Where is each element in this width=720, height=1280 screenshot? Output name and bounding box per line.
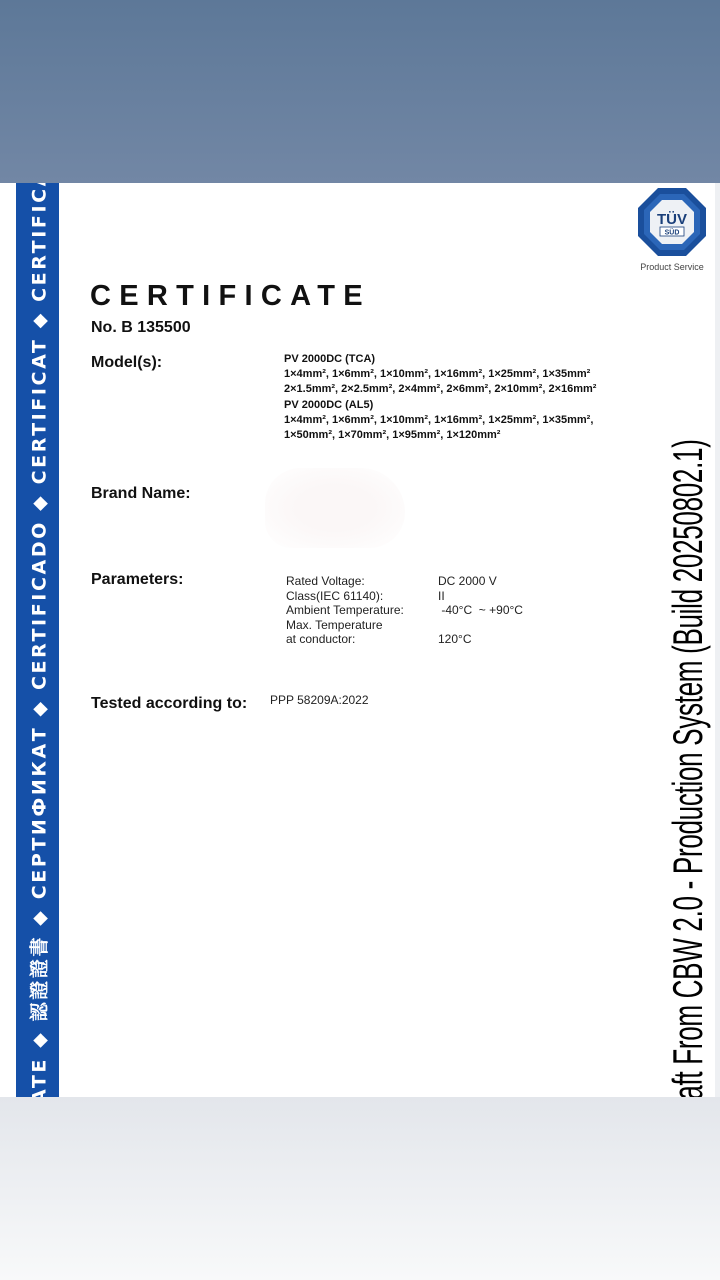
bottom-background-band (0, 1097, 720, 1280)
logo-brand-top: TÜV (657, 211, 687, 228)
logo-brand-bottom: SÜD (665, 228, 680, 237)
parameter-key: Ambient Temperature: (286, 603, 438, 618)
parameter-row: Ambient Temperature: -40°C ~ +90°C (286, 603, 523, 618)
model-line: 1×50mm², 1×70mm², 1×95mm², 1×120mm² (284, 428, 654, 443)
parameter-row: Class(IEC 61140): II (286, 589, 523, 604)
model-line: PV 2000DC (TCA) (284, 352, 654, 367)
certificate-number: No. B 135500 (91, 319, 191, 337)
parameter-key: Rated Voltage: (286, 574, 438, 589)
model-line: 2×1.5mm², 2×2.5mm², 2×4mm², 2×6mm², 2×10… (284, 382, 654, 397)
model-line: 1×4mm², 1×6mm², 1×10mm², 1×16mm², 1×25mm… (284, 367, 654, 382)
models-list: PV 2000DC (TCA) 1×4mm², 1×6mm², 1×10mm²,… (284, 352, 654, 443)
parameter-key: at conductor: (286, 632, 438, 647)
certificate-side-strip: CERTIFICATE ◆ 認證證書 ◆ СЕРТИФИКАТ ◆ CERTIF… (16, 183, 59, 1097)
draft-watermark: Draft From CBW 2.0 - Production System (… (664, 439, 712, 1126)
parameter-value: 120°C (438, 632, 472, 647)
parameter-value: II (438, 589, 445, 604)
model-line: 1×4mm², 1×6mm², 1×10mm², 1×16mm², 1×25mm… (284, 413, 654, 428)
parameter-row: Max. Temperature (286, 618, 523, 633)
top-background-band (0, 0, 720, 183)
parameter-value: DC 2000 V (438, 574, 497, 589)
tuv-sud-logo-icon: TÜV SÜD (637, 187, 707, 257)
parameter-key: Max. Temperature (286, 618, 438, 633)
logo-caption: Product Service (630, 262, 714, 272)
parameters-table: Rated Voltage: DC 2000 V Class(IEC 61140… (286, 574, 523, 647)
parameter-key: Class(IEC 61140): (286, 589, 438, 604)
certificate-page: CERTIFICATE ◆ 認證證書 ◆ СЕРТИФИКАТ ◆ CERTIF… (0, 183, 715, 1097)
tested-according-label: Tested according to: (91, 695, 247, 713)
brand-name-label: Brand Name: (91, 485, 191, 503)
parameter-row: Rated Voltage: DC 2000 V (286, 574, 523, 589)
model-line: PV 2000DC (AL5) (284, 398, 654, 413)
certificate-title: CERTIFICATE (90, 280, 371, 313)
parameter-row: at conductor: 120°C (286, 632, 523, 647)
tested-standard-value: PPP 58209A:2022 (270, 693, 369, 707)
parameter-value: -40°C ~ +90°C (438, 603, 523, 618)
redacted-brand-name (265, 468, 405, 548)
models-label: Model(s): (91, 354, 162, 372)
side-strip-text: CERTIFICATE ◆ 認證證書 ◆ СЕРТИФИКАТ ◆ CERTIF… (24, 183, 51, 1097)
parameters-label: Parameters: (91, 571, 184, 589)
